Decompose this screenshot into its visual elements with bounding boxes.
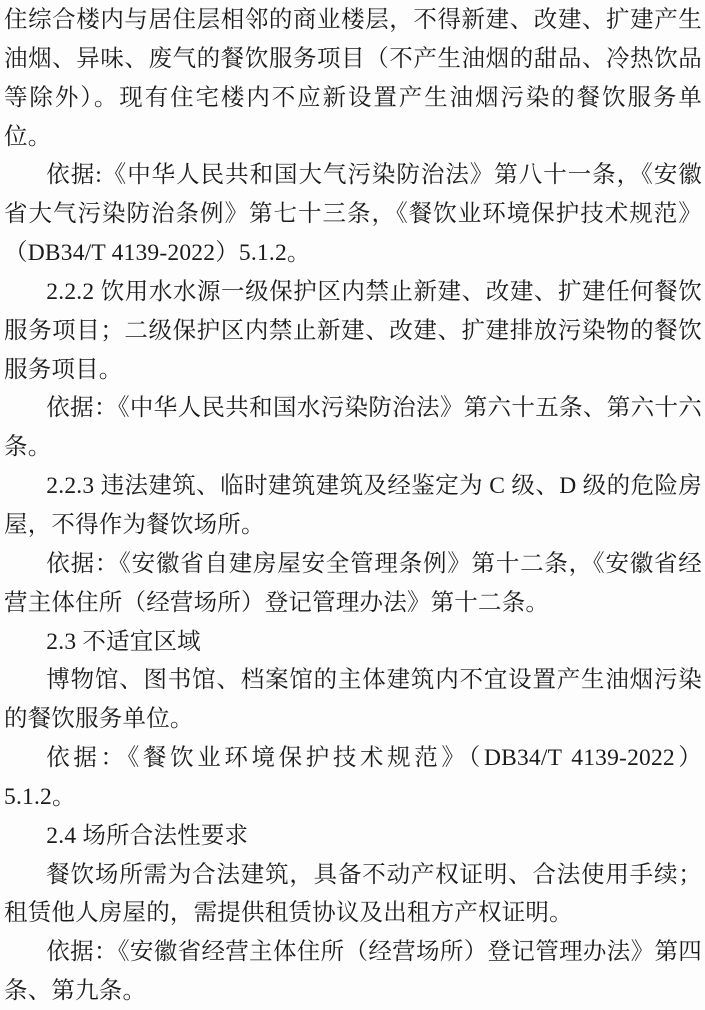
paragraph-clause: 2.2.3 违法建筑、临时建筑建筑及经鉴定为 C 级、D 级的危险房屋，不得作为… [4,467,702,545]
paragraph-citation: 依据:《中华人民共和国大气污染防治法》第八十一条，《安徽省大气污染防治条例》第七… [4,156,702,273]
paragraph-heading: 2.4 场所合法性要求 [4,817,702,856]
paragraph-citation: 依据：《中华人民共和国水污染防治法》第六十五条、第六十六条。 [4,389,702,467]
paragraph-clause: 餐饮场所需为合法建筑，具备不动产权证明、合法使用手续；租赁他人房屋的，需提供租赁… [4,856,702,934]
paragraph-clause: 2.2.2 饮用水水源一级保护区内禁止新建、改建、扩建任何餐饮服务项目；二级保护… [4,273,702,390]
paragraph-citation: 依据：《餐饮业环境保护技术规范》（DB34/T 4139-2022）5.1.2。 [4,739,702,817]
document-body: 住综合楼内与居住层相邻的商业楼层，不得新建、改建、扩建产生油烟、异味、废气的餐饮… [0,0,705,1010]
paragraph-heading: 2.3 不适宜区域 [4,623,702,662]
paragraph-body-continuation: 住综合楼内与居住层相邻的商业楼层，不得新建、改建、扩建产生油烟、异味、废气的餐饮… [4,1,702,156]
document-page: 住综合楼内与居住层相邻的商业楼层，不得新建、改建、扩建产生油烟、异味、废气的餐饮… [0,0,705,1010]
paragraph-citation: 依据：《安徽省自建房屋安全管理条例》第十二条，《安徽省经营主体住所（经营场所）登… [4,545,702,623]
paragraph-citation: 依据：《安徽省经营主体住所（经营场所）登记管理办法》第四条、第九条。 [4,933,702,1010]
paragraph-clause: 博物馆、图书馆、档案馆的主体建筑内不宜设置产生油烟污染的餐饮服务单位。 [4,661,702,739]
